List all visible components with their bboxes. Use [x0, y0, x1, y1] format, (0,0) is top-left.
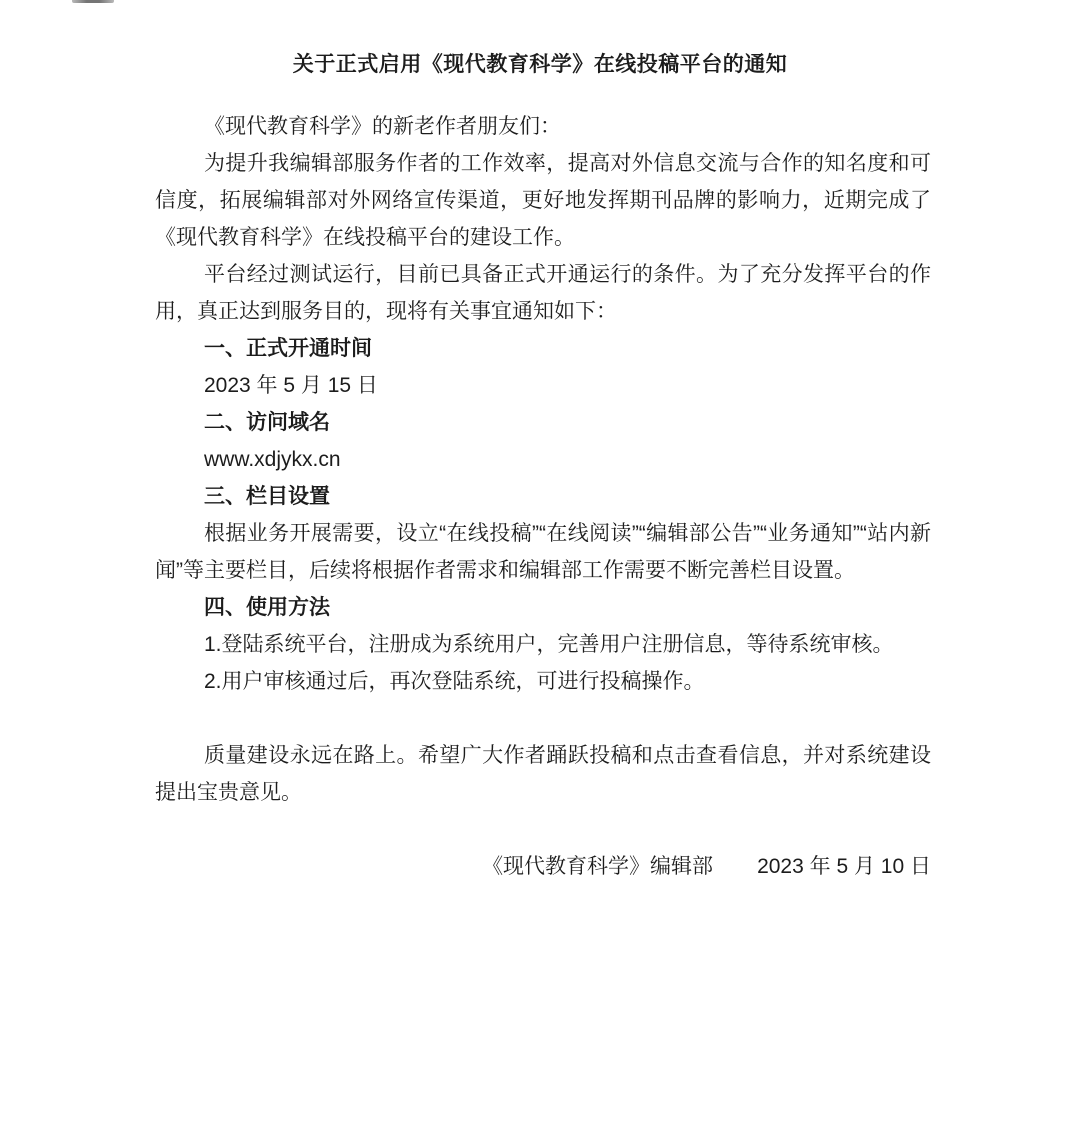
signature-line: 《现代教育科学》编辑部2023 年 5 月 10 日: [155, 848, 931, 885]
document-page: 关于正式启用《现代教育科学》在线投稿平台的通知 《现代教育科学》的新老作者朋友们…: [0, 0, 1080, 1132]
document-body: 《现代教育科学》的新老作者朋友们： 为提升我编辑部服务作者的工作效率，提高对外信…: [155, 108, 931, 885]
section-heading-columns: 三、栏目设置: [155, 478, 931, 515]
usage-step-1: 1.登陆系统平台，注册成为系统用户，完善用户注册信息，等待系统审核。: [155, 626, 931, 663]
section-heading-open-time: 一、正式开通时间: [155, 330, 931, 367]
document-title: 关于正式启用《现代教育科学》在线投稿平台的通知: [0, 46, 1080, 83]
blank-line: [155, 811, 931, 848]
intro-paragraph-2: 平台经过测试运行，目前已具备正式开通运行的条件。为了充分发挥平台的作用，真正达到…: [155, 256, 931, 330]
section-heading-domain: 二、访问域名: [155, 404, 931, 441]
blank-line: [155, 700, 931, 737]
section-heading-usage: 四、使用方法: [155, 589, 931, 626]
section-body-columns: 根据业务开展需要，设立“在线投稿”“在线阅读”“编辑部公告”“业务通知”“站内新…: [155, 515, 931, 589]
intro-paragraph-1: 为提升我编辑部服务作者的工作效率，提高对外信息交流与合作的知名度和可信度，拓展编…: [155, 145, 931, 256]
closing-paragraph: 质量建设永远在路上。希望广大作者踊跃投稿和点击查看信息，并对系统建设提出宝贵意见…: [155, 737, 931, 811]
window-control-strip: [72, 0, 114, 3]
salutation-line: 《现代教育科学》的新老作者朋友们：: [155, 108, 931, 145]
section-body-open-time: 2023 年 5 月 15 日: [155, 367, 931, 404]
signature-signer: 《现代教育科学》编辑部: [482, 855, 713, 878]
section-body-domain-url: www.xdjykx.cn: [155, 441, 931, 478]
usage-step-2: 2.用户审核通过后，再次登陆系统，可进行投稿操作。: [155, 663, 931, 700]
signature-date: 2023 年 5 月 10 日: [757, 855, 931, 878]
